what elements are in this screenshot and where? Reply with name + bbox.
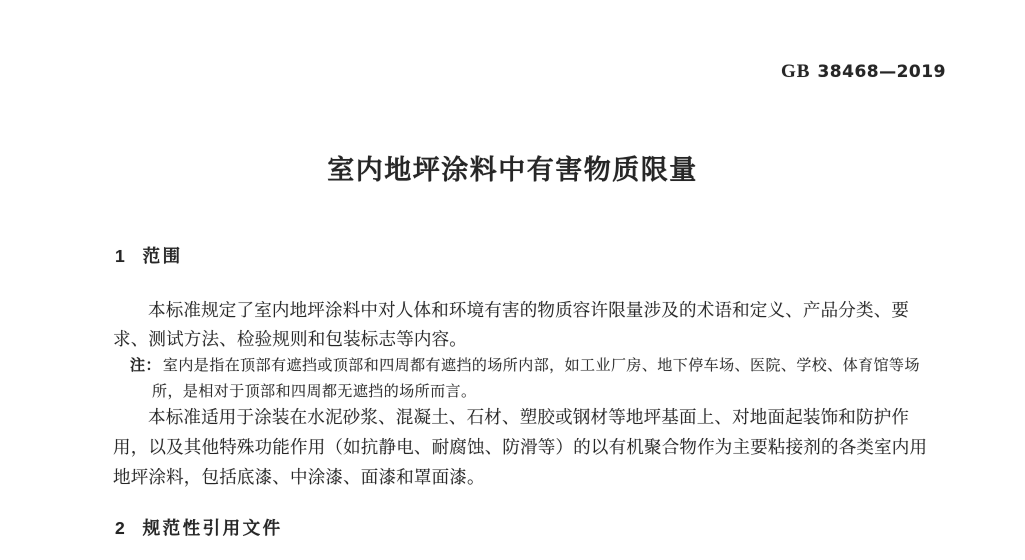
scope-paragraph-2: 本标准适用于涂装在水泥砂浆、混凝土、石材、塑胶或钢材等地坪基面上、对地面起装饰和… (113, 402, 928, 492)
paragraph-line: 本标准规定了室内地坪涂料中对人体和环境有害的物质容许限量涉及的术语和定义、产品分… (113, 296, 928, 325)
paragraph-line: 用，以及其他特殊功能作用（如抗静电、耐腐蚀、防滑等）的以有机聚合物作为主要粘接剂… (113, 432, 928, 462)
section-1-title: 范围 (143, 246, 183, 266)
section-2-number: 2 (115, 518, 125, 539)
standard-code-prefix: GB (781, 61, 810, 82)
paragraph-line: 求、测试方法、检验规则和包装标志等内容。 (113, 325, 928, 354)
section-2-title: 规范性引用文件 (143, 518, 283, 538)
scope-paragraph-1: 本标准规定了室内地坪涂料中对人体和环境有害的物质容许限量涉及的术语和定义、产品分… (113, 296, 928, 354)
paragraph-line: 本标准适用于涂装在水泥砂浆、混凝土、石材、塑胶或钢材等地坪基面上、对地面起装饰和… (113, 402, 928, 432)
section-2-heading: 2 规范性引用文件 (115, 515, 283, 540)
standard-code-number: 38468—2019 (817, 62, 945, 82)
note-label: 注： (130, 357, 161, 374)
section-1-heading: 1 范围 (115, 243, 183, 268)
document-page: GB38468—2019 室内地坪涂料中有害物质限量 1 范围 本标准规定了室内… (0, 0, 1025, 560)
note-line: 注：室内是指在顶部有遮挡或顶部和四周都有遮挡的场所内部，如工业厂房、地下停车场、… (130, 353, 930, 379)
section-1-number: 1 (115, 246, 125, 267)
scope-note: 注：室内是指在顶部有遮挡或顶部和四周都有遮挡的场所内部，如工业厂房、地下停车场、… (130, 353, 930, 405)
document-title: 室内地坪涂料中有害物质限量 (0, 148, 1025, 187)
paragraph-line: 地坪涂料，包括底漆、中涂漆、面漆和罩面漆。 (113, 462, 928, 492)
standard-code: GB38468—2019 (781, 61, 946, 83)
note-text: 室内是指在顶部有遮挡或顶部和四周都有遮挡的场所内部，如工业厂房、地下停车场、医院… (163, 357, 920, 374)
